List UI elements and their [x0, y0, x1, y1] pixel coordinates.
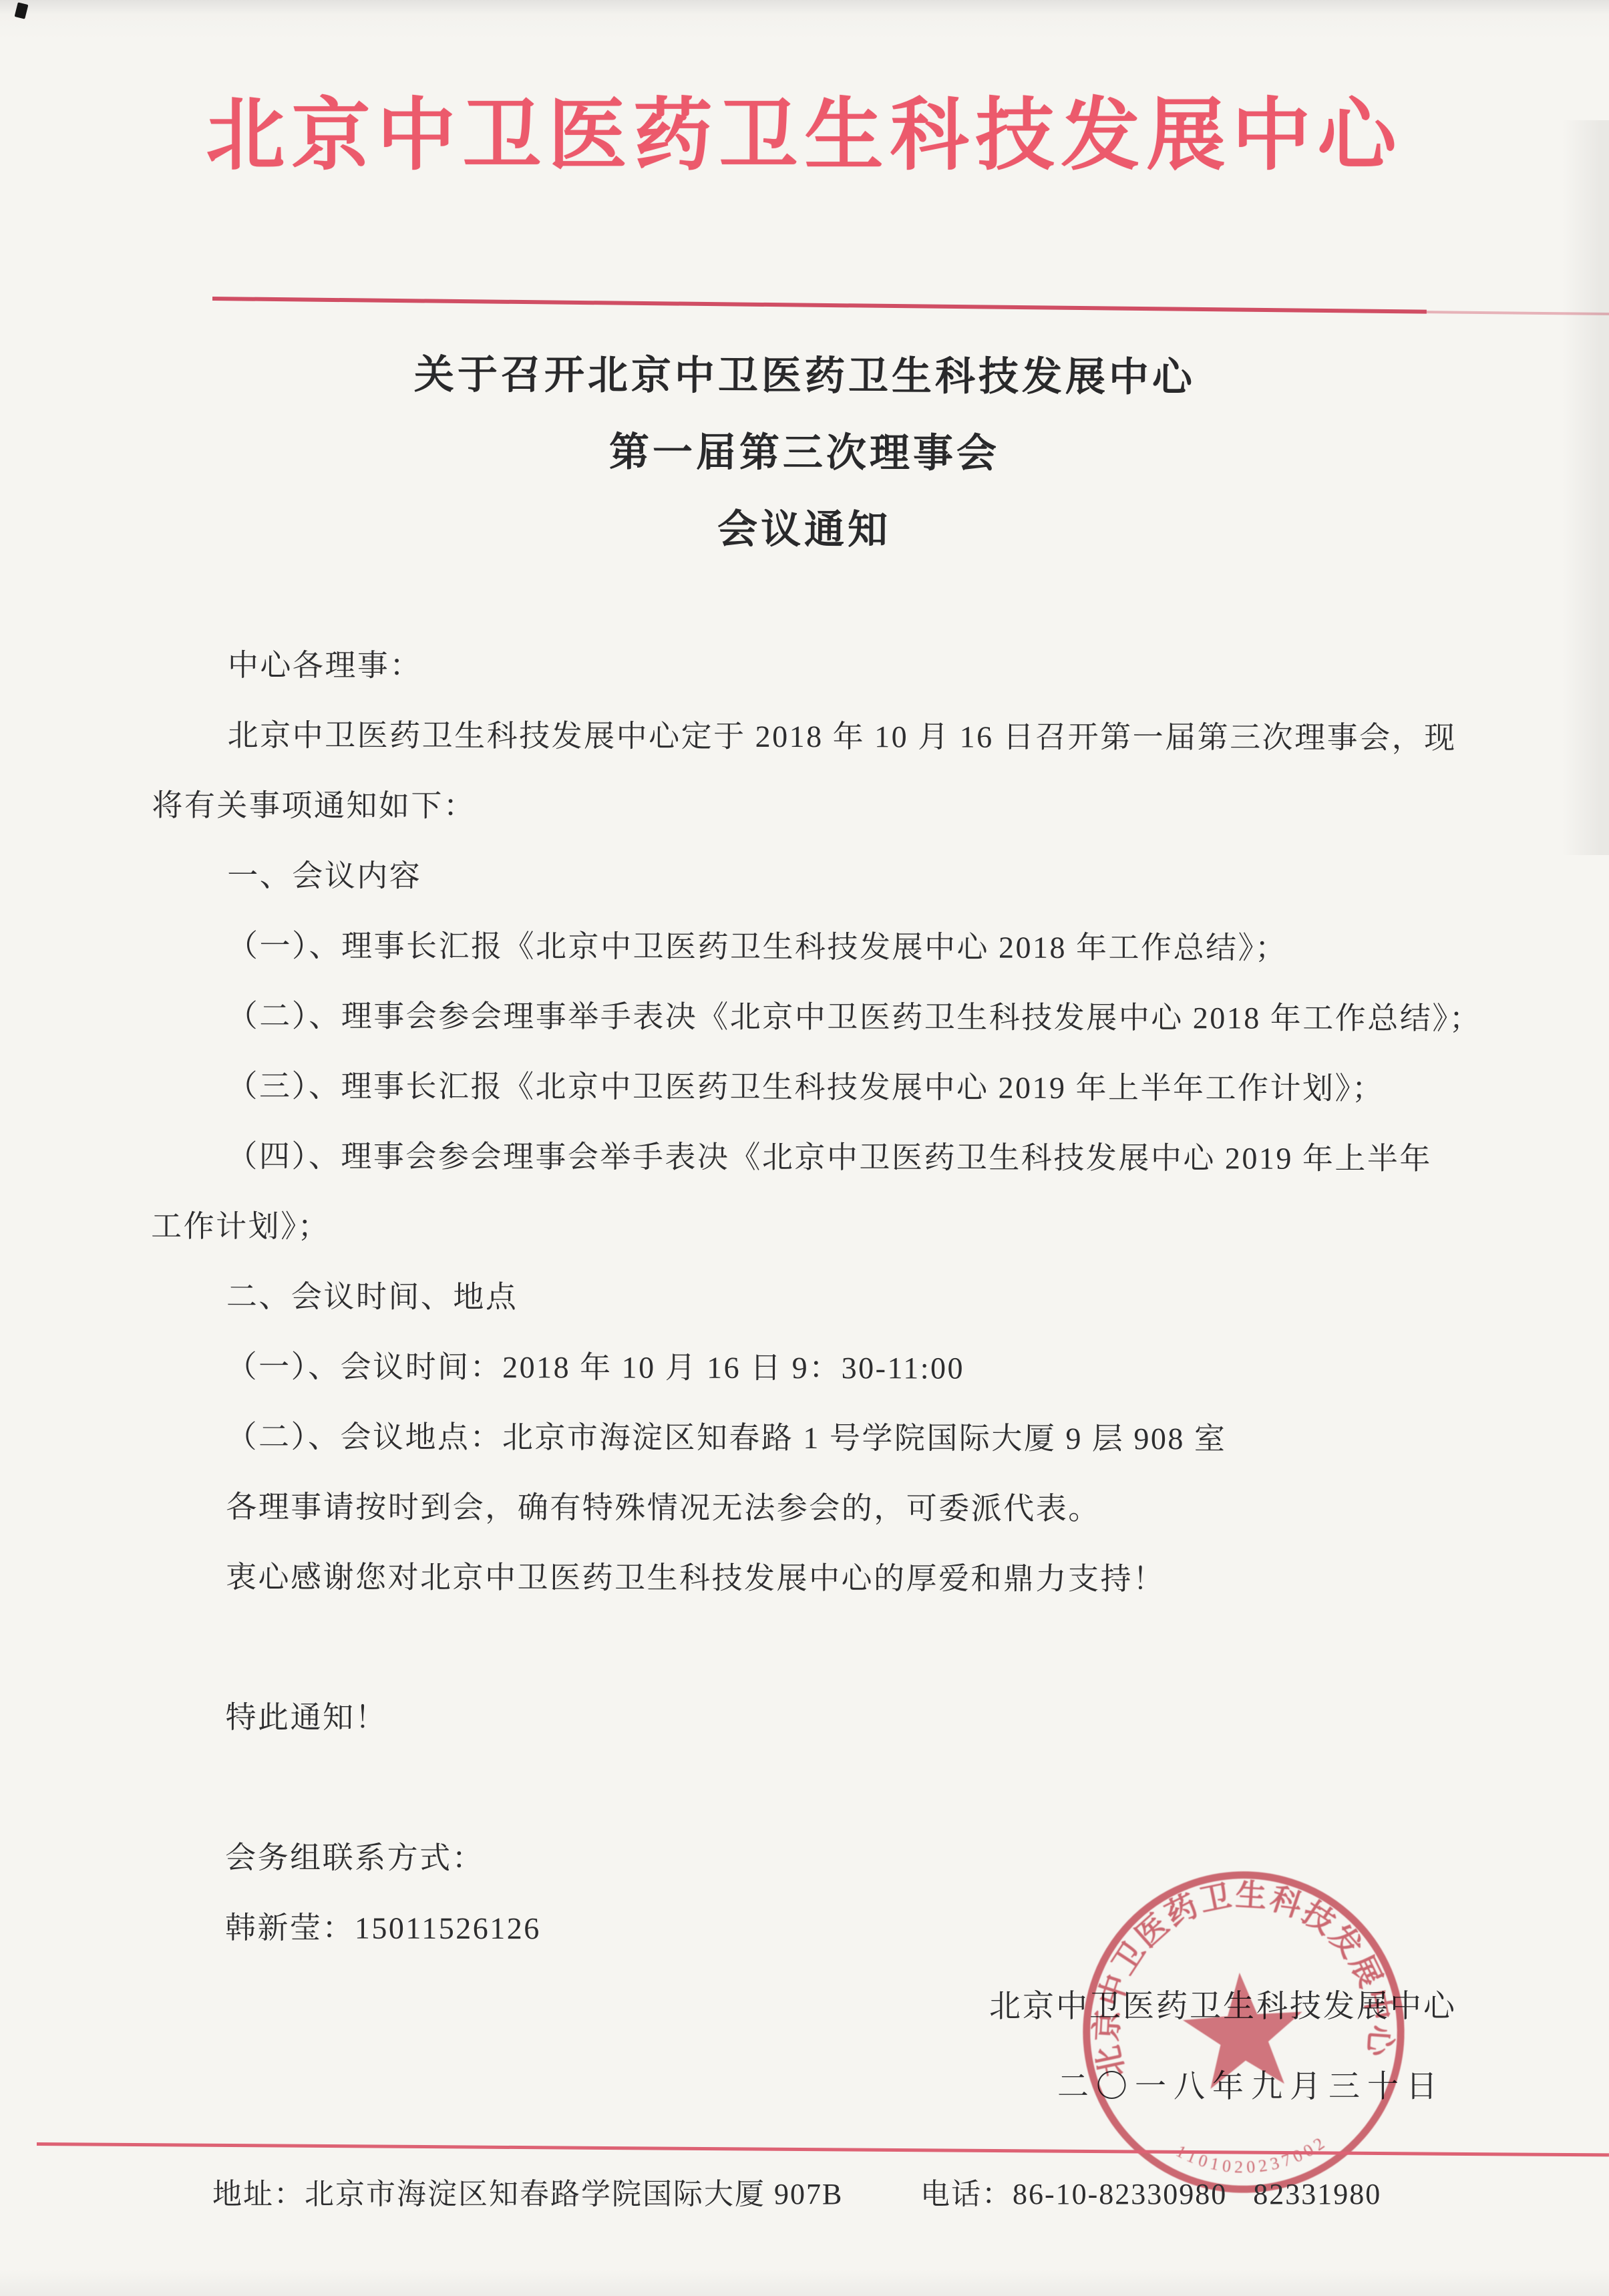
- body-line: 北京中卫医药卫生科技发展中心定于 2018 年 10 月 16 日召开第一届第三…: [152, 700, 1496, 773]
- title-line-2: 第一届第三次理事会: [0, 412, 1609, 494]
- scan-shadow-bottom: [0, 2269, 1609, 2296]
- list-item: （二）、会议地点：北京市海淀区知春路 1 号学院国际大厦 9 层 908 室: [150, 1402, 1494, 1474]
- body-line: 衷心感谢您对北京中卫医药卫生科技发展中心的厚爱和鼎力支持！: [150, 1542, 1494, 1615]
- salutation: 中心各理事：: [152, 630, 1496, 703]
- document-title: 关于召开北京中卫医药卫生科技发展中心 第一届第三次理事会 会议通知: [0, 335, 1609, 571]
- title-line-1: 关于召开北京中卫医药卫生科技发展中心: [0, 335, 1609, 418]
- list-item: （四）、理事会参会理事会举手表决《北京中卫医药卫生科技发展中心 2019 年上半…: [151, 1121, 1495, 1194]
- section-heading: 一、会议内容: [152, 840, 1495, 913]
- title-line-3: 会议通知: [0, 489, 1609, 571]
- footer-address: 地址：北京市海淀区知春路学院国际大厦 907B: [212, 2170, 843, 2212]
- list-item-continuation: 工作计划》；: [151, 1191, 1495, 1264]
- letterhead-rule-faint-extension: [1421, 311, 1609, 315]
- closing-line: 特此通知！: [150, 1682, 1493, 1755]
- body-line: 将有关事项通知如下：: [152, 770, 1495, 843]
- section-heading: 二、会议时间、地点: [151, 1261, 1495, 1334]
- footer-phone: 电话：86-10-82330980 82331980: [920, 2170, 1381, 2212]
- official-seal-graphic: 北京中卫医药卫生科技发展中心 1101020237002: [1060, 1848, 1428, 2217]
- official-seal-stamp: 北京中卫医药卫生科技发展中心 1101020237002: [1060, 1848, 1428, 2217]
- star-icon: [1180, 1969, 1307, 2091]
- blank-line: [150, 1752, 1493, 1825]
- body-line: 各理事请按时到会，确有特殊情况无法参会的，可委派代表。: [150, 1472, 1494, 1544]
- list-item: （二）、理事会参会理事举手表决《北京中卫医药卫生科技发展中心 2018 年工作总…: [152, 981, 1495, 1053]
- letterhead-rule: [212, 297, 1427, 314]
- blank-line: [150, 1612, 1494, 1685]
- scanned-document-page: 北京中卫医药卫生科技发展中心 关于召开北京中卫医药卫生科技发展中心 第一届第三次…: [0, 0, 1609, 2296]
- scan-artifact: [15, 2, 29, 19]
- letter-body: 中心各理事： 北京中卫医药卫生科技发展中心定于 2018 年 10 月 16 日…: [150, 630, 1496, 1965]
- list-item: （一）、会议时间：2018 年 10 月 16 日 9：30-11:00: [151, 1331, 1495, 1404]
- letterhead-title: 北京中卫医药卫生科技发展中心: [0, 90, 1609, 182]
- list-item: （一）、理事长汇报《北京中卫医药卫生科技发展中心 2018 年工作总结》；: [152, 911, 1495, 983]
- list-item: （三）、理事长汇报《北京中卫医药卫生科技发展中心 2019 年上半年工作计划》；: [151, 1051, 1495, 1124]
